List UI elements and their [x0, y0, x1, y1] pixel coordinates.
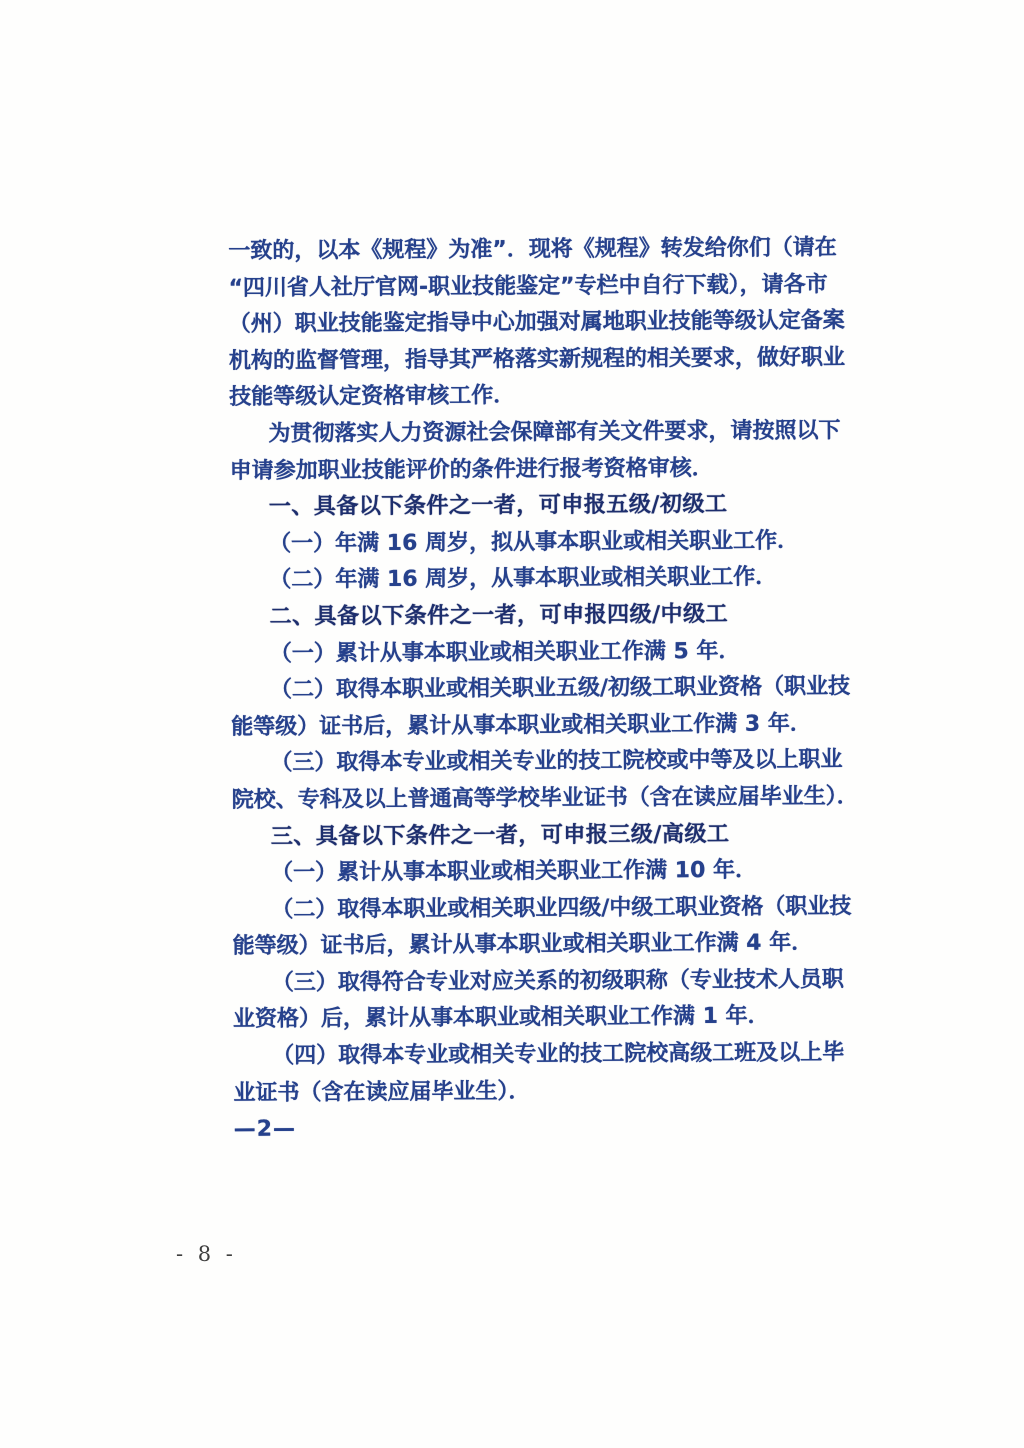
doc-line: （四）取得本专业或相关专业的技工院校高级工班及以上毕: [233, 1035, 858, 1075]
doc-line: 为贯彻落实人力资源社会保障部有关文件要求，请按照以下: [229, 413, 854, 453]
doc-line: （一）年满 16 周岁，拟从事本职业或相关职业工作．: [230, 523, 855, 563]
doc-line: （二）年满 16 周岁，从事本职业或相关职业工作．: [230, 559, 855, 599]
document-body: 一致的，以本《规程》为准”．现将《规程》转发给你们（请在 “四川省人社厅官网-职…: [228, 230, 859, 1149]
doc-line: 院校、专科及以上普通高等学校毕业证书（含在读应届毕业生）．: [232, 779, 857, 819]
sheet-page-number: - 8 -: [176, 1242, 237, 1266]
doc-line: “四川省人社厅官网-职业技能鉴定”专栏中自行下载），请各市: [228, 267, 853, 307]
doc-line: （一）累计从事本职业或相关职业工作满 10 年．: [232, 852, 857, 892]
doc-line: 申请参加职业技能评价的条件进行报考资格审核．: [230, 450, 855, 490]
doc-line: （二）取得本职业或相关职业四级/中级工职业资格（职业技: [232, 889, 857, 929]
scanned-document-page: 一致的，以本《规程》为准”．现将《规程》转发给你们（请在 “四川省人社厅官网-职…: [0, 0, 1024, 1448]
section-heading-3: 三、具备以下条件之一者，可申报三级/高级工: [232, 816, 857, 856]
doc-line: 机构的监督管理，指导其严格落实新规程的相关要求，做好职业: [229, 340, 854, 380]
doc-line: 业证书（含在读应届毕业生）．: [233, 1072, 858, 1112]
doc-line: 能等级）证书后，累计从事本职业或相关职业工作满 4 年．: [232, 925, 857, 965]
doc-line: （三）取得本专业或相关专业的技工院校或中等及以上职业: [231, 742, 856, 782]
doc-line: （州）职业技能鉴定指导中心加强对属地职业技能等级认定备案: [229, 303, 854, 343]
doc-line: 业资格）后，累计从事本职业或相关职业工作满 1 年．: [233, 999, 858, 1039]
section-heading-2: 二、具备以下条件之一者，可申报四级/中级工: [230, 596, 855, 636]
doc-line: （一）累计从事本职业或相关职业工作满 5 年．: [231, 633, 856, 673]
doc-line: 能等级）证书后，累计从事本职业或相关职业工作满 3 年．: [231, 706, 856, 746]
doc-line: （二）取得本职业或相关职业五级/初级工职业资格（职业技: [231, 669, 856, 709]
doc-line: 技能等级认定资格审核工作．: [229, 376, 854, 416]
document-page-number: —2—: [234, 1108, 859, 1148]
doc-line: 一致的，以本《规程》为准”．现将《规程》转发给你们（请在: [228, 230, 853, 270]
doc-line: （三）取得符合专业对应关系的初级职称（专业技术人员职: [233, 962, 858, 1002]
section-heading-1: 一、具备以下条件之一者，可申报五级/初级工: [230, 486, 855, 526]
